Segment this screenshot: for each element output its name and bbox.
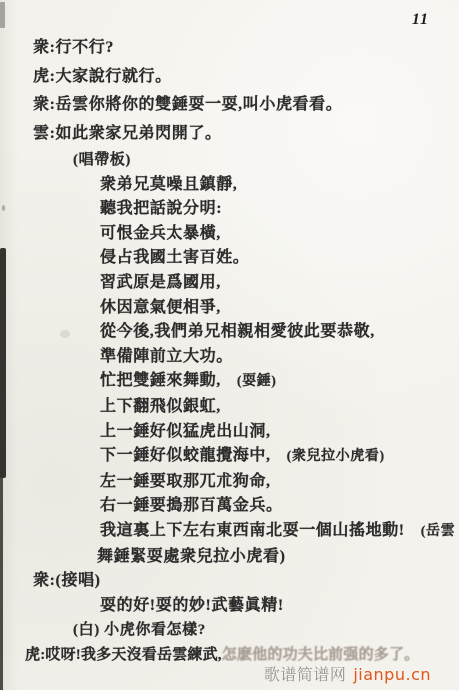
scan-artifact-corner: [0, 2, 5, 28]
script-text-block: 衆:行不行?虎:大家說行就行。衆:岳雲你將你的雙錘耍一耍,叫小虎看看。雲:如此衆…: [0, 34, 459, 667]
script-line: 衆弟兄莫噪且鎮靜,: [0, 173, 459, 198]
script-line: 衆:行不行?: [0, 34, 459, 63]
line-text: 上下翻飛似銀虹,: [100, 398, 221, 415]
script-line: 衆:(接唱): [0, 569, 459, 594]
line-text: 習武原是爲國用,: [100, 274, 221, 291]
line-text: 準備陣前立大功。: [100, 348, 233, 365]
script-line: 衆:岳雲你將你的雙錘耍一耍,叫小虎看看。: [0, 91, 459, 120]
script-line: 下一錘好似蛟龍攪海中,(衆兒拉小虎看): [0, 444, 459, 470]
stage-direction-note: (衆兒拉小虎看): [287, 449, 385, 464]
line-text: 忙把雙錘來舞動,: [100, 372, 221, 389]
script-line: 耍的好!耍的妙!武藝眞精!: [0, 594, 459, 619]
script-line: 休因意氣便相爭,: [0, 296, 459, 321]
line-text: 聽我把話說分明:: [100, 200, 222, 217]
speaker-label: 雲: [33, 125, 50, 142]
script-line: 侵占我國土害百姓。: [0, 246, 459, 271]
watermark: 歌谱简谱网jianpu.cn: [264, 662, 431, 685]
line-text: 下一錘好似蛟龍攪海中,: [100, 447, 271, 464]
line-text: 休因意氣便相爭,: [100, 299, 221, 316]
line-text: (唱帶板): [73, 152, 131, 168]
speaker-label: 衆: [33, 96, 50, 113]
script-line: 上一錘好似猛虎出山洞,: [0, 420, 459, 445]
line-text: 耍的好!耍的妙!武藝眞精!: [100, 597, 284, 614]
watermark-site-name: 歌谱简谱网: [264, 665, 347, 684]
watermark-site-url: jianpu.cn: [353, 665, 431, 684]
speaker-label: 衆: [33, 572, 50, 589]
script-line: 可恨金兵太暴橫,: [0, 222, 459, 247]
script-line: (唱帶板): [0, 148, 459, 173]
line-text: 哎呀!我多天沒看岳雲練武,: [45, 647, 221, 663]
line-text: 右一錘要搗那百萬金兵。: [100, 497, 283, 514]
line-text-faded: 怎麽他的功夫比前强的多了。: [222, 647, 420, 663]
line-text: 我這裏上下左右東西南北耍一個山搖地動!: [100, 522, 405, 539]
script-line: 我這裏上下左右東西南北耍一個山搖地動!(岳雲: [0, 519, 459, 545]
line-text: 衆弟兄莫噪且鎮靜,: [100, 176, 237, 193]
script-line: 習武原是爲國用,: [0, 271, 459, 296]
script-line: 雲:如此衆家兄弟閃開了。: [0, 120, 459, 149]
line-text: 可恨金兵太暴橫,: [100, 225, 221, 242]
line-text: 侵占我國土害百姓。: [100, 249, 249, 266]
line-text: (接唱): [56, 572, 101, 589]
stage-direction-note: (岳雲: [421, 524, 455, 539]
script-line: 上下翻飛似銀虹,: [0, 395, 459, 420]
script-line: 左一錘要取那兀朮狗命,: [0, 470, 459, 495]
line-text: 舞錘緊耍處衆兒拉小虎看): [97, 548, 286, 565]
speaker-label: 虎: [25, 647, 40, 663]
script-line: 虎:大家說行就行。: [0, 63, 459, 92]
line-text: 如此衆家兄弟閃開了。: [56, 125, 222, 142]
script-line: 聽我把話說分明:: [0, 197, 459, 222]
script-line: (白) 小虎你看怎樣?: [0, 618, 459, 643]
line-text: 上一錘好似猛虎出山洞,: [100, 423, 271, 440]
speaker-label: 虎: [33, 68, 50, 85]
script-line: 忙把雙錘來舞動,(耍錘): [0, 369, 459, 395]
line-text: (白) 小虎你看怎樣?: [73, 622, 206, 638]
script-line: 從今後,我們弟兄相親相愛彼此要恭敬,: [0, 320, 459, 345]
script-line: 準備陣前立大功。: [0, 345, 459, 370]
line-text: 左一錘要取那兀朮狗命,: [100, 473, 271, 490]
line-text: 行不行?: [56, 39, 114, 56]
page-number: 11: [412, 11, 429, 29]
scanned-script-page: 11 衆:行不行?虎:大家說行就行。衆:岳雲你將你的雙錘耍一耍,叫小虎看看。雲:…: [0, 0, 459, 690]
line-text: 大家說行就行。: [56, 68, 172, 85]
line-text: 從今後,我們弟兄相親相愛彼此要恭敬,: [100, 323, 375, 340]
line-text: 岳雲你將你的雙錘耍一耍,叫小虎看看。: [56, 96, 343, 113]
script-line: 舞錘緊耍處衆兒拉小虎看): [0, 545, 459, 570]
stage-direction-note: (耍錘): [237, 374, 277, 389]
script-line: 右一錘要搗那百萬金兵。: [0, 494, 459, 519]
speaker-label: 衆: [33, 39, 50, 56]
